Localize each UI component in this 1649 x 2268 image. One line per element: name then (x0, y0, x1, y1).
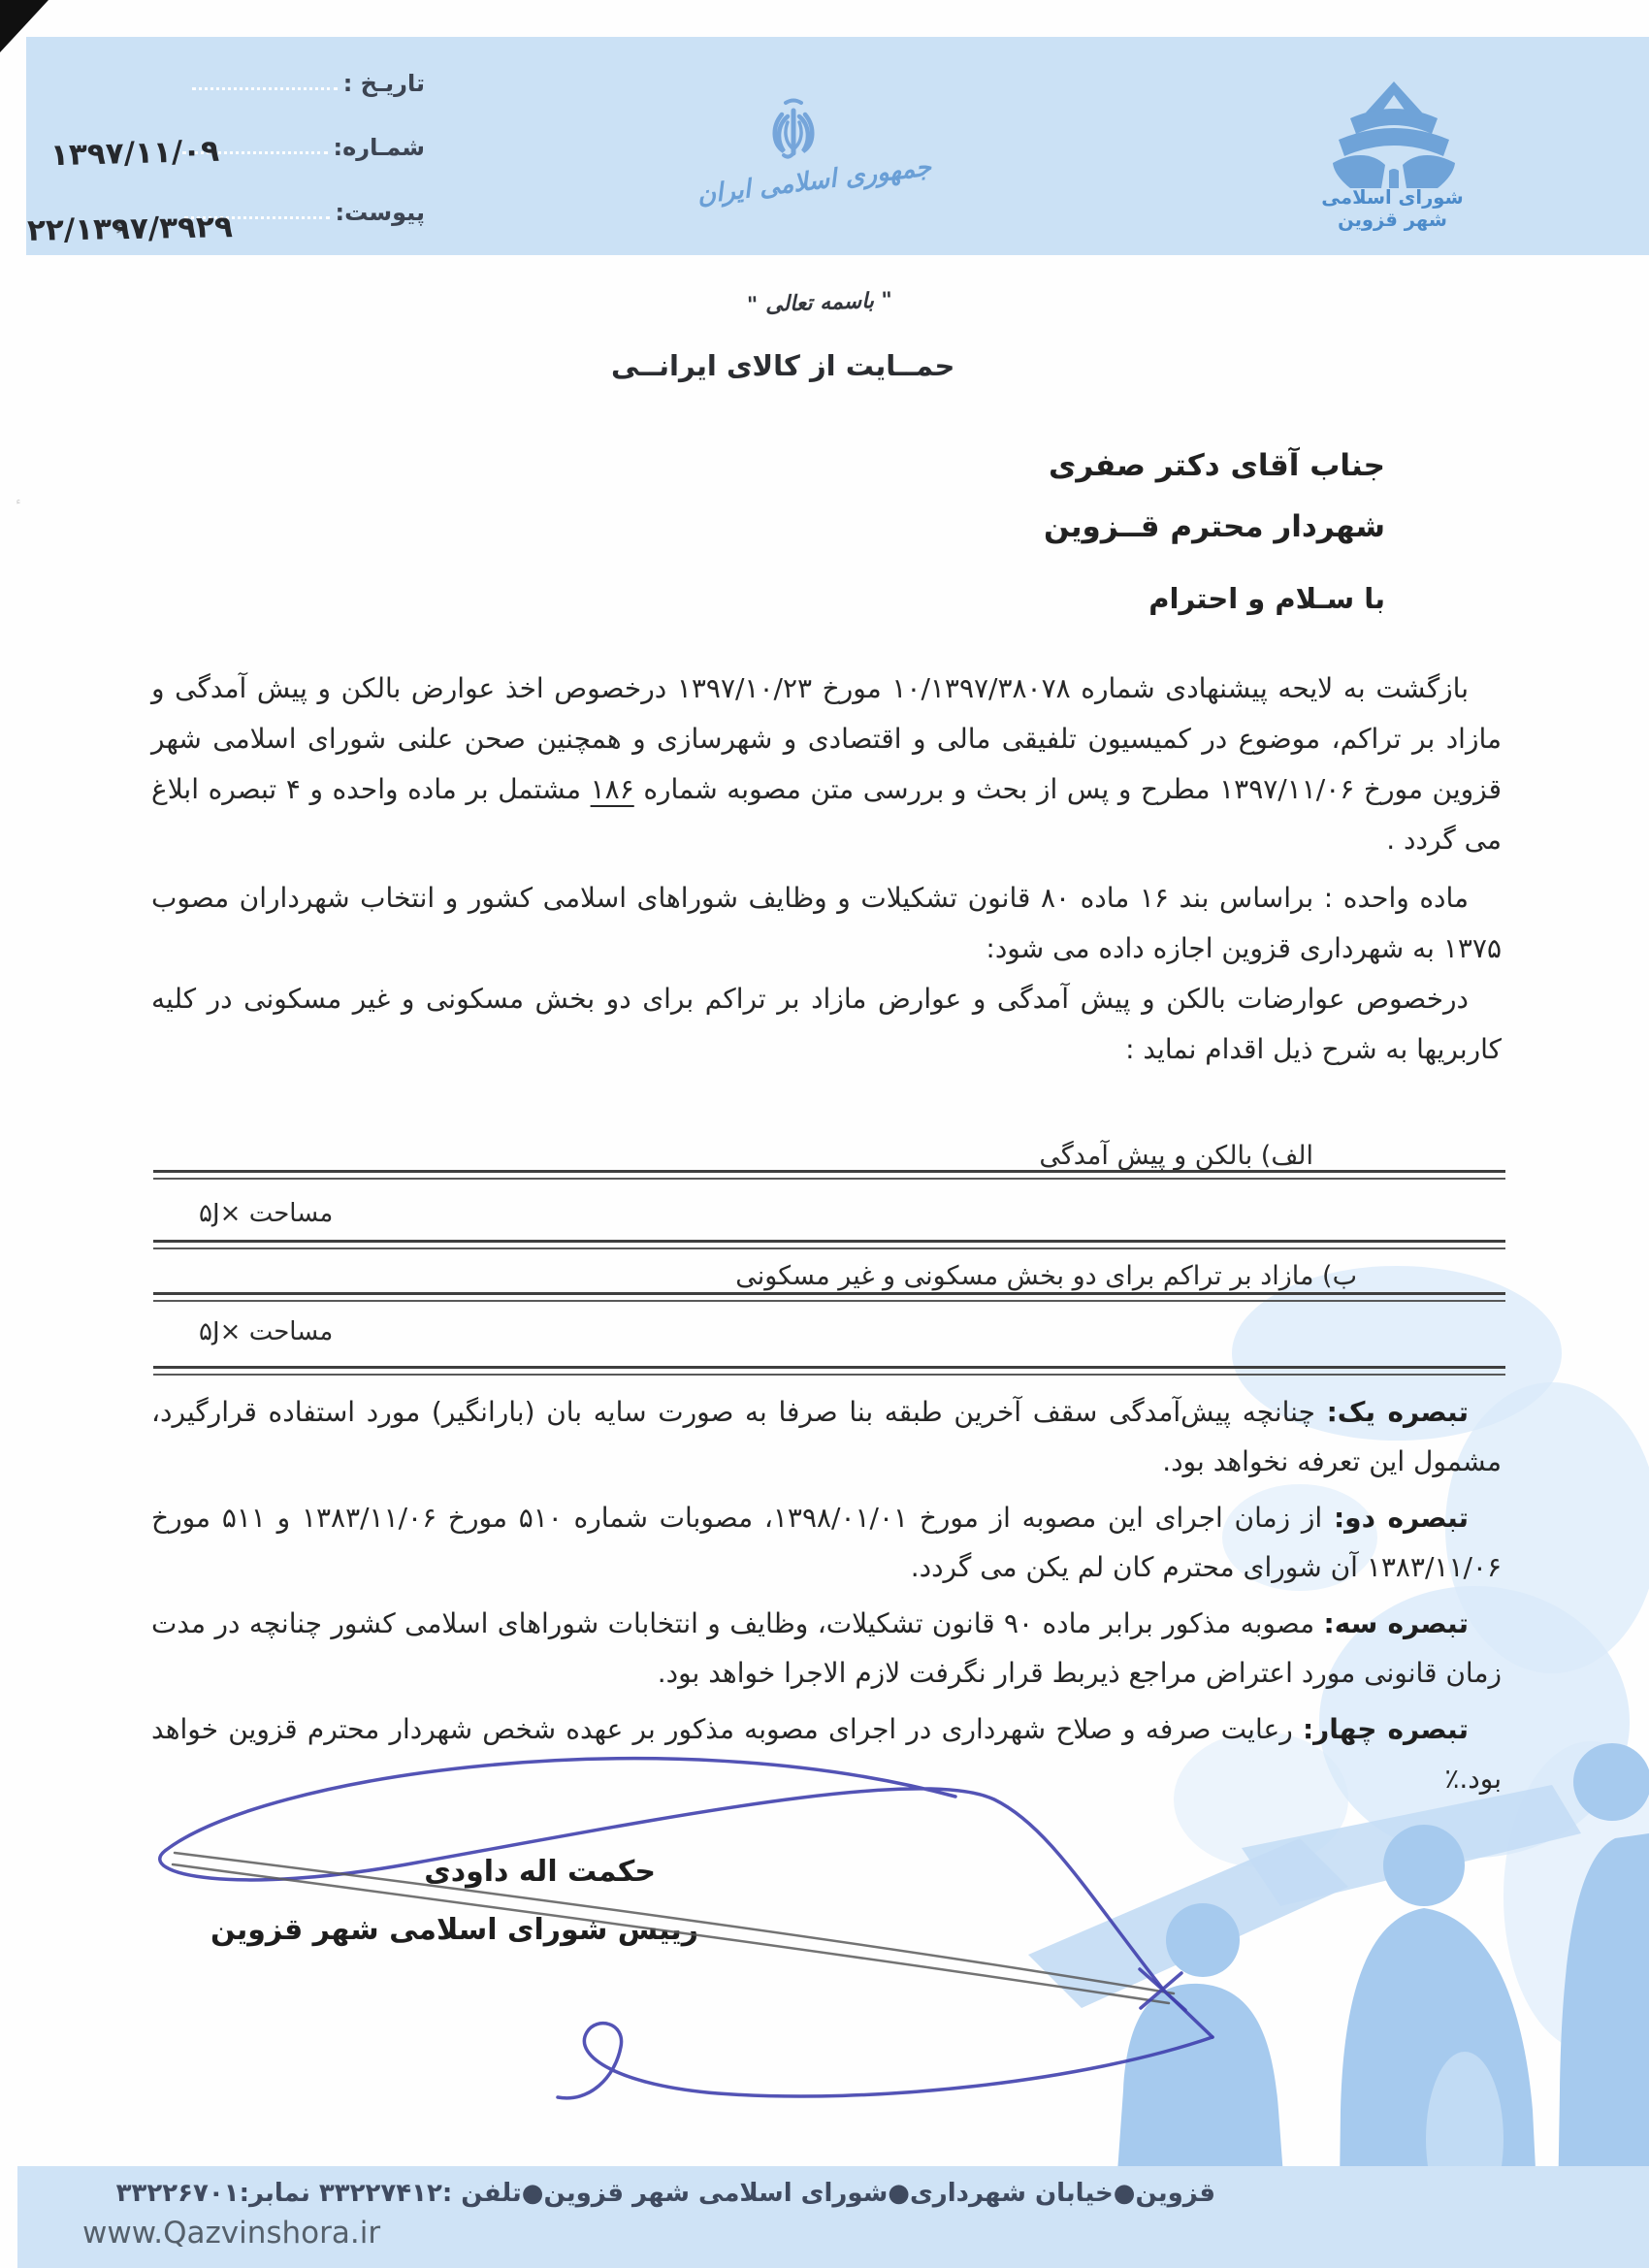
footer-website: www.Qazvinshora.ir (82, 2216, 380, 2251)
handwritten-signature (116, 1736, 1300, 2154)
divider-rule-4 (153, 1366, 1505, 1376)
slogan-heading: حمــایت از کالای ایرانــی (611, 349, 954, 382)
recipient-name: جناب آقای دکتر صفری (1049, 448, 1385, 483)
paragraph-scope: درخصوص عوارضات بالکن و پیش آمدگی و عوارض… (151, 974, 1502, 1075)
council-logo-caption: شورای اسلامی شهر قزوین (1298, 186, 1487, 231)
attachment-label: پیوست: (336, 199, 425, 226)
letter-date-value: ۱۳۹۷/۱۱/۰۹ (50, 134, 220, 174)
note-3: تبصره سه: مصوبه مذکور برابر ماده ۹۰ قانو… (151, 1599, 1502, 1698)
besmellah-heading: " باسمه تعالی " (742, 288, 898, 318)
date-dotted-line (192, 87, 338, 90)
letter-number-value: ۲۲/۱۳۹۷/۳۹۲۹ (27, 210, 233, 248)
section-a-formula: مساحت ×۵J (199, 1199, 333, 1228)
section-b-heading: ب) مازاد بر تراکم برای دو بخش مسکونی و غ… (735, 1261, 1357, 1291)
note-2-text: از زمان اجرای این مصوبه از مورخ ۱۳۹۸/۰۱/… (151, 1502, 1502, 1583)
note-4-label: تبصره چهار: (1303, 1713, 1469, 1745)
divider-rule-1 (153, 1170, 1505, 1180)
resolution-number: ۱۸۶ (591, 773, 634, 805)
note-2-label: تبصره دو: (1334, 1502, 1469, 1534)
note-3-label: تبصره سه: (1324, 1607, 1469, 1639)
iran-national-emblem-icon (764, 97, 823, 167)
section-a-heading: الف) بالکن و پیش آمدگی (1039, 1141, 1313, 1171)
divider-rule-3 (153, 1292, 1505, 1302)
divider-rule-2 (153, 1240, 1505, 1249)
footer-address: قزوین●خیابان شهرداری●شورای اسلامی شهر قز… (116, 2179, 1215, 2208)
date-field-row: تاریـخ : (192, 70, 425, 97)
number-label: شمـاره: (334, 134, 426, 161)
paragraph-single-article: ماده واحده : براساس بند ۱۶ ماده ۸۰ قانون… (151, 873, 1502, 974)
note-1-text: چنانچه پیش‌آمدگی سقف آخرین طبقه بنا صرفا… (151, 1396, 1502, 1477)
paragraph-intro: بازگشت به لایحه پیشنهادی شماره ۱۰/۱۳۹۷/۳… (151, 664, 1502, 865)
recipient-title: شهردار محترم قــزوین (1044, 509, 1385, 544)
note-3-text: مصوبه مذکور برابر ماده ۹۰ قانون تشکیلات،… (151, 1607, 1502, 1689)
salutation: با سـلام و احترام (1148, 582, 1385, 615)
qazvin-council-dome-logo-icon (1321, 80, 1467, 188)
section-b-formula: مساحت ×۵J (199, 1317, 333, 1346)
note-1: تبصره یک: چنانچه پیش‌آمدگی سقف آخرین طبق… (151, 1387, 1502, 1486)
date-label: تاریـخ : (343, 70, 425, 97)
note-1-label: تبصره یک: (1327, 1396, 1469, 1428)
scanned-letter-page: تاریـخ : شمـاره: پیوست: ۱۳۹۷/۱۱/۰۹ ۲۲/۱۳… (0, 0, 1649, 2268)
note-2: تبصره دو: از زمان اجرای این مصوبه از مور… (151, 1493, 1502, 1592)
